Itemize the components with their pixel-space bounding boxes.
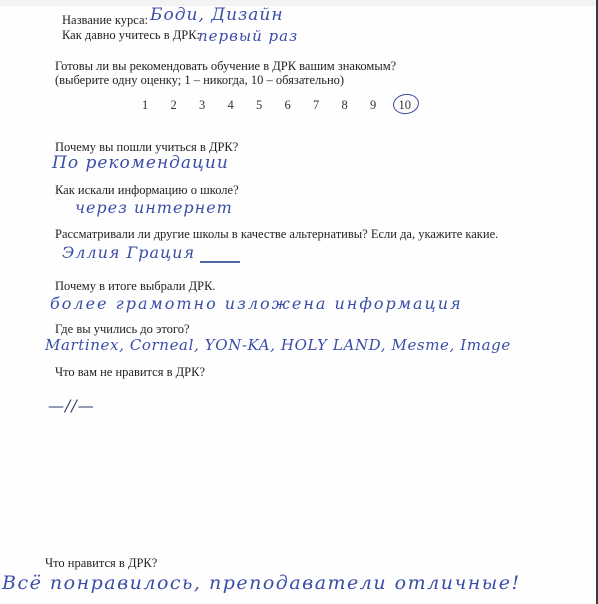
course-label: Название курса: bbox=[62, 13, 148, 27]
why-came-question: Почему вы пошли учиться в ДРК? bbox=[55, 140, 238, 154]
alternatives-answer: Эллия Грация bbox=[62, 243, 195, 262]
scale-option[interactable]: 2 bbox=[171, 98, 200, 113]
dislike-answer: —//— bbox=[48, 396, 95, 415]
recommend-scale: 1 2 3 4 5 6 7 8 9 10 bbox=[142, 98, 427, 113]
scale-option[interactable]: 8 bbox=[342, 98, 371, 113]
scale-option[interactable]: 4 bbox=[228, 98, 257, 113]
info-search-answer: через интернет bbox=[75, 198, 233, 217]
questionnaire-page: Название курса: Боди, Дизайн Как давно у… bbox=[0, 0, 598, 604]
info-search-question: Как искали информацию о школе? bbox=[55, 183, 239, 197]
scale-option[interactable]: 1 bbox=[142, 98, 171, 113]
scan-top-band bbox=[0, 0, 596, 6]
scale-option[interactable]: 5 bbox=[256, 98, 285, 113]
scale-option[interactable]: 3 bbox=[199, 98, 228, 113]
like-question: Что нравится в ДРК? bbox=[45, 556, 157, 570]
underline-stroke bbox=[200, 261, 240, 263]
dislike-question: Что вам не нравится в ДРК? bbox=[55, 365, 205, 379]
why-chose-answer: более грамотно изложена информация bbox=[50, 294, 463, 313]
why-chose-question: Почему в итоге выбрали ДРК. bbox=[55, 279, 216, 293]
scale-option[interactable]: 7 bbox=[313, 98, 342, 113]
previous-study-question: Где вы учились до этого? bbox=[55, 322, 190, 336]
recommend-question: Готовы ли вы рекомендовать обучение в ДР… bbox=[55, 59, 396, 73]
duration-value: первый раз bbox=[198, 27, 298, 45]
previous-study-answer: Martinex, Corneal, YON-KA, HOLY LAND, Me… bbox=[45, 336, 511, 354]
like-answer: Всё понравилось, преподаватели отличные! bbox=[2, 572, 521, 594]
scale-option[interactable]: 6 bbox=[285, 98, 314, 113]
scale-option-selected[interactable]: 10 bbox=[399, 98, 428, 113]
recommend-hint: (выберите одну оценку; 1 – никогда, 10 –… bbox=[55, 73, 344, 87]
duration-label: Как давно учитесь в ДРК: bbox=[62, 28, 200, 42]
alternatives-question: Рассматривали ли другие школы в качестве… bbox=[55, 227, 498, 241]
course-value: Боди, Дизайн bbox=[150, 5, 284, 25]
why-came-answer: По рекомендации bbox=[52, 153, 229, 173]
